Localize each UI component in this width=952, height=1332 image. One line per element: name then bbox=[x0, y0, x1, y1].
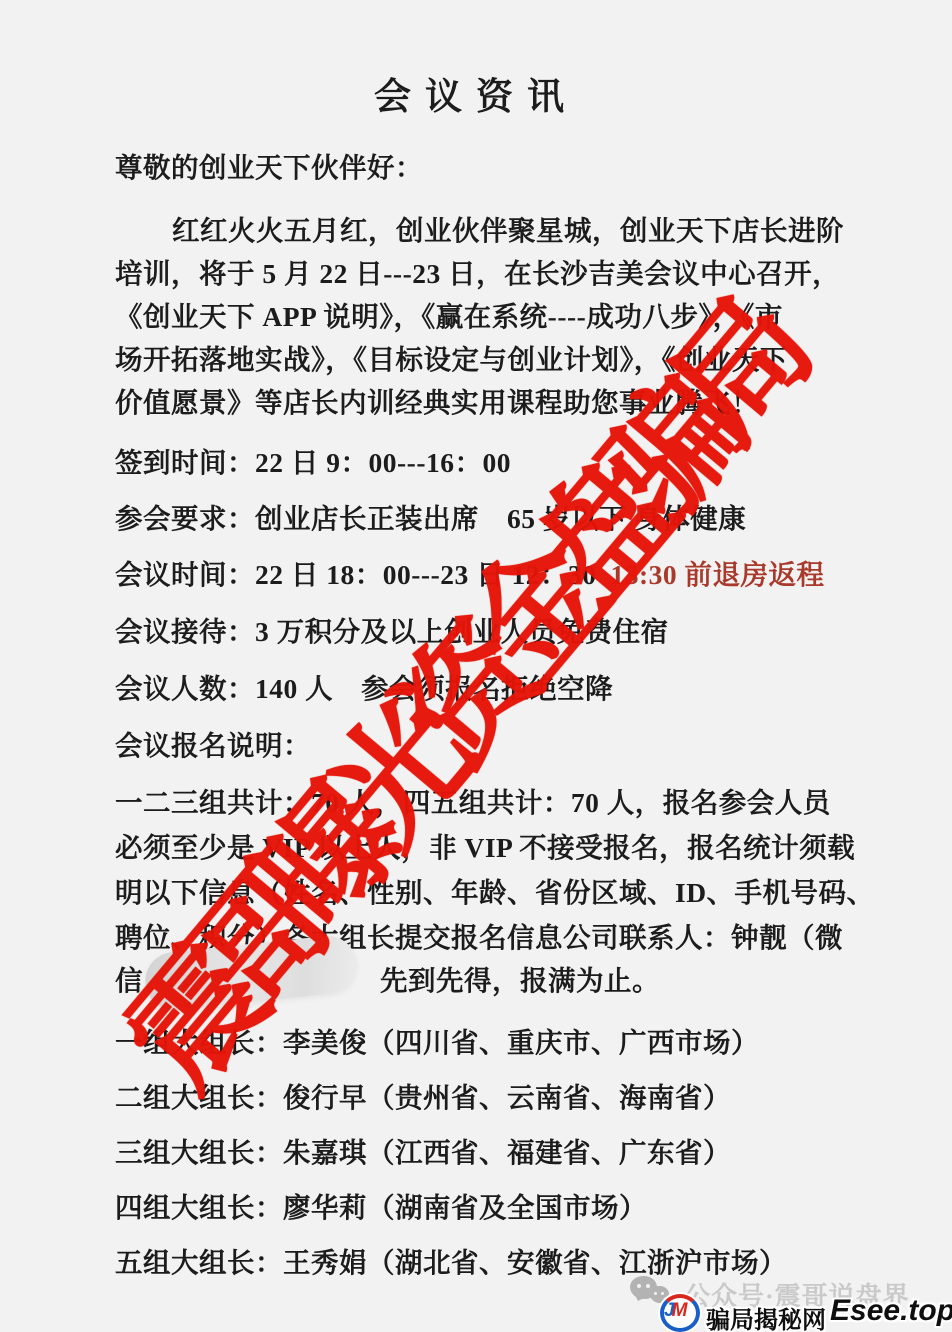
wechat-contact-note: 先到先得，报满为止。 bbox=[380, 964, 660, 998]
doc-title: 会议资讯 bbox=[0, 75, 952, 121]
intro-line-2: 培训，将于 5 月 22 日---23 日，在长沙吉美会议中心召开， bbox=[115, 257, 840, 291]
group-leader-line-3: 三组大组长：朱嘉琪（江西省、福建省、广东省） bbox=[115, 1136, 731, 1170]
jm-logo-letters: JM bbox=[664, 1300, 696, 1322]
site-domain: Esee.top bbox=[830, 1294, 952, 1328]
greeting-line: 尊敬的创业天下伙伴好： bbox=[115, 151, 423, 185]
jm-logo-icon: JM bbox=[660, 1294, 700, 1332]
logo-letter-m: M bbox=[672, 1300, 685, 1321]
intro-line-1: 红红火火五月红，创业伙伴聚星城，创业天下店长进阶 bbox=[172, 214, 844, 248]
site-name: 骗局揭秘网 bbox=[706, 1300, 826, 1332]
sign-in-time-line: 签到时间：22 日 9：00---16：00 bbox=[115, 446, 511, 480]
group-leader-line-4: 四组大组长：廖华莉（湖南省及全国市场） bbox=[115, 1191, 647, 1225]
logo-letter-j: J bbox=[664, 1300, 672, 1321]
document-page: 会议资讯 尊敬的创业天下伙伴好： 红红火火五月红，创业伙伴聚星城，创业天下店长进… bbox=[0, 0, 952, 1332]
